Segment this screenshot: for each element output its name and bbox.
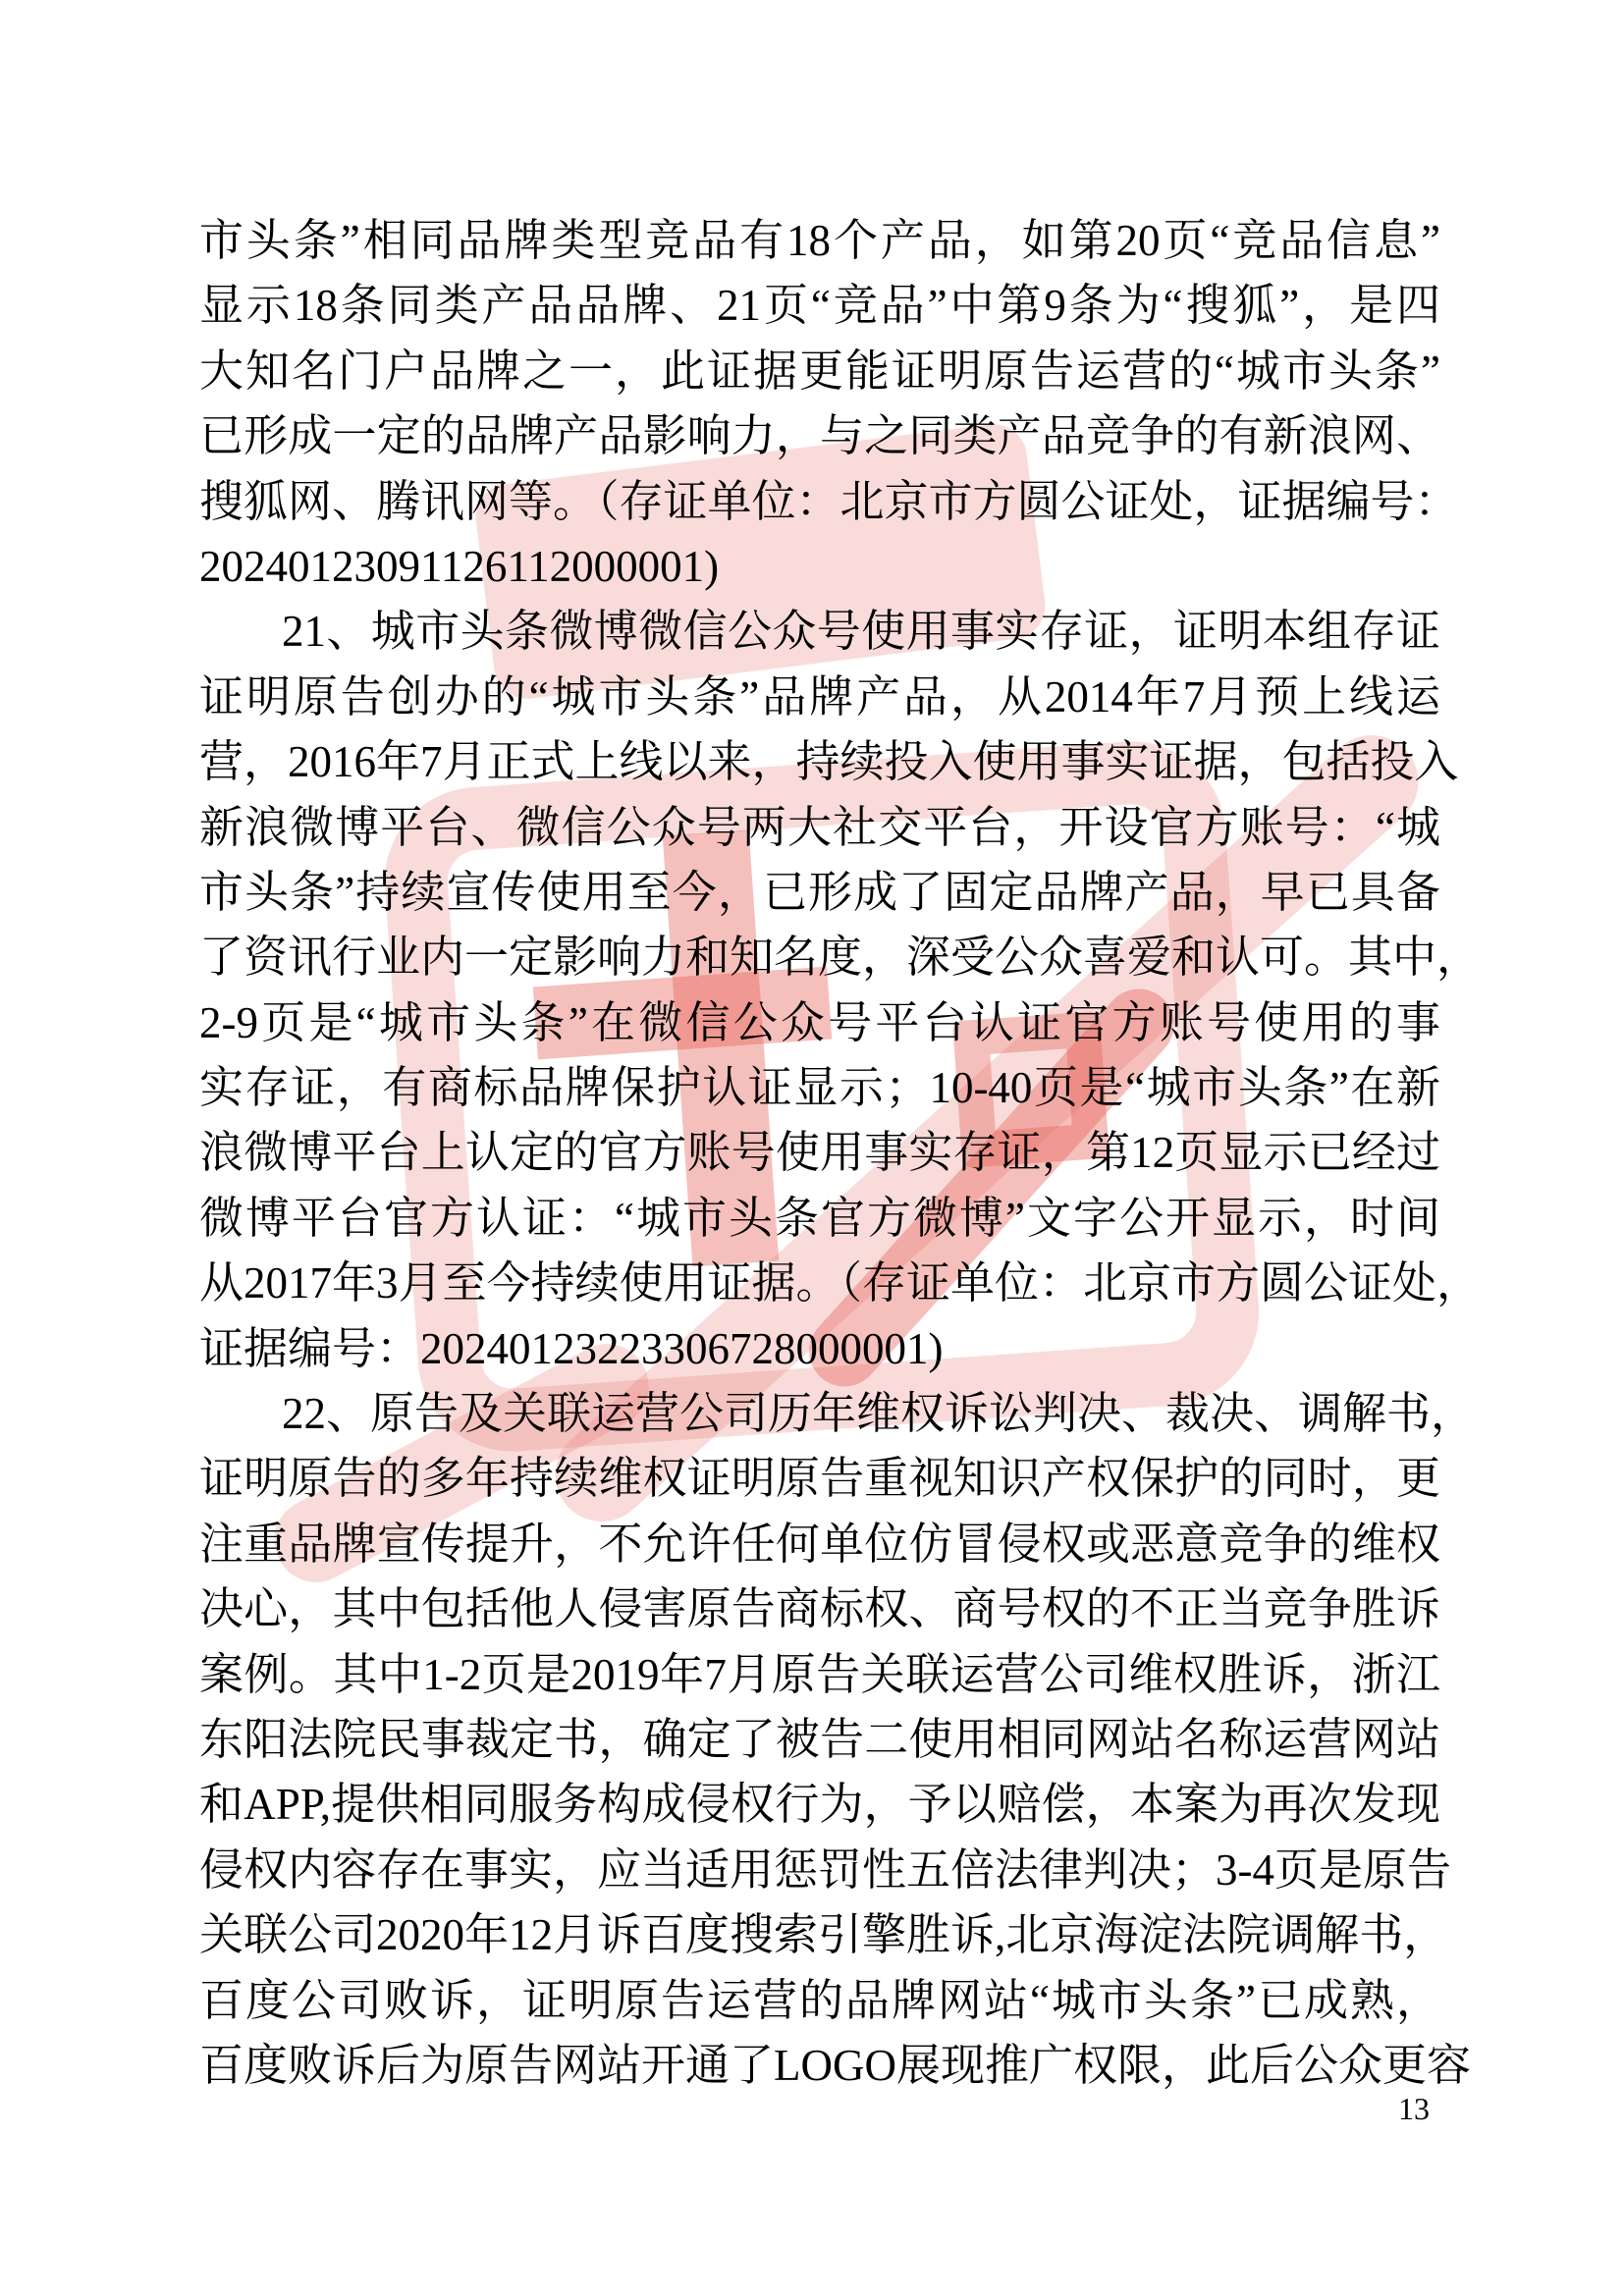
text-line: 注重品牌宣传提升，不允许任何单位仿冒侵权或恶意竞争的维权	[199, 1512, 1440, 1576]
text-line: 浪微博平台上认定的官方账号使用事实存证，第12页显示已经过	[199, 1120, 1440, 1185]
text-line: 显示18条同类产品品牌、21页“竞品”中第9条为“搜狐”，是四	[199, 273, 1440, 338]
text-line: 了资讯行业内一定影响力和知名度，深受公众喜爱和认可。其中，	[199, 925, 1440, 989]
text-line: 已形成一定的品牌产品影响力，与之同类产品竞争的有新浪网、	[199, 403, 1440, 468]
text-line: 证明原告的多年持续维权证明原告重视知识产权保护的同时，更	[199, 1446, 1440, 1511]
text-line: 新浪微博平台、微信公众号两大社交平台，开设官方账号：“城	[199, 795, 1440, 860]
text-line: 证据编号：20240123223306728000001)	[199, 1316, 1440, 1381]
text-line: 2-9页是“城市头条”在微信公众号平台认证官方账号使用的事	[199, 990, 1440, 1055]
text-line: 案例。其中1-2页是2019年7月原告关联运营公司维权胜诉，浙江	[199, 1642, 1440, 1707]
document-page: 市头条”相同品牌类型竞品有18个产品，如第20页“竞品信息” 显示18条同类产品…	[0, 0, 1624, 2296]
text-line: 市头条”相同品牌类型竞品有18个产品，如第20页“竞品信息”	[199, 208, 1440, 273]
text-line: 百度公司败诉，证明原告运营的品牌网站“城市头条”已成熟，	[199, 1968, 1440, 2033]
text-line: 20240123091126112000001)	[199, 534, 1440, 599]
text-line: 搜狐网、腾讯网等。（存证单位：北京市方圆公证处，证据编号：	[199, 469, 1440, 534]
text-line: 微博平台官方认证：“城市头条官方微博”文字公开显示，时间	[199, 1186, 1440, 1251]
text-line: 侵权内容存在事实，应当适用惩罚性五倍法律判决；3-4页是原告	[199, 1838, 1440, 1902]
text-line: 实存证，有商标品牌保护认证显示；10-40页是“城市头条”在新	[199, 1055, 1440, 1120]
text-line: 大知名门户品牌之一，此证据更能证明原告运营的“城市头条”	[199, 339, 1440, 403]
body-text: 市头条”相同品牌类型竞品有18个产品，如第20页“竞品信息” 显示18条同类产品…	[199, 208, 1440, 2098]
text-line: 营，2016年7月正式上线以来，持续投入使用事实证据，包括投入	[199, 729, 1440, 794]
text-line: 22、原告及关联运营公司历年维权诉讼判决、裁决、调解书，	[199, 1381, 1440, 1446]
text-line: 和APP,提供相同服务构成侵权行为，予以赔偿，本案为再次发现	[199, 1772, 1440, 1837]
text-line: 东阳法院民事裁定书，确定了被告二使用相同网站名称运营网站	[199, 1707, 1440, 1772]
text-line: 证明原告创办的“城市头条”品牌产品，从2014年7月预上线运	[199, 665, 1440, 729]
text-line: 关联公司2020年12月诉百度搜索引擎胜诉,北京海淀法院调解书，	[199, 1902, 1440, 1967]
text-line: 从2017年3月至今持续使用证据。（存证单位：北京市方圆公证处，	[199, 1251, 1440, 1315]
text-line: 决心，其中包括他人侵害原告商标权、商号权的不正当竞争胜诉	[199, 1576, 1440, 1641]
text-line: 21、城市头条微博微信公众号使用事实存证，证明本组存证	[199, 599, 1440, 664]
page-number: 13	[1398, 2089, 1430, 2128]
text-line: 市头条”持续宣传使用至今，已形成了固定品牌产品，早已具备	[199, 860, 1440, 925]
text-line: 百度败诉后为原告网站开通了LOGO展现推广权限，此后公众更容	[199, 2033, 1440, 2098]
